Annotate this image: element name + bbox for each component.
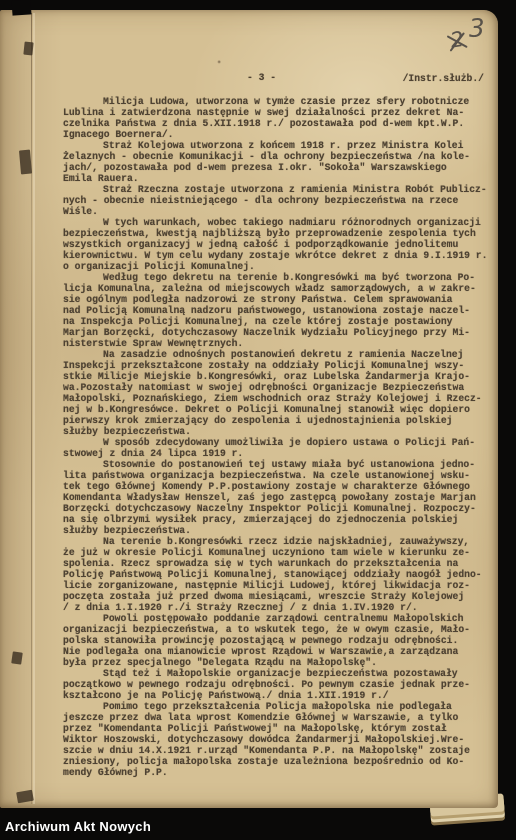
crossed-out-number: 2 [449, 29, 465, 52]
text-line: kierownictwu. W tym celu wydany zostaje … [63, 250, 497, 261]
text-line: służby bezpieczeństwa. [63, 525, 497, 536]
text-line: nad Policją Komunalną nadzoru państwoweg… [63, 305, 497, 316]
text-line: W sposób zdecydowany umożliwiła je dopie… [63, 437, 497, 448]
text-line: Wiśle. [63, 206, 497, 217]
binding-mark [19, 150, 32, 175]
text-line: bezpieczeństwa, kwestją najbliższą było … [63, 228, 497, 239]
text-line: o organizacji Policji Komunalnej. [63, 261, 497, 272]
text-line: przez "Komendanta Policji Państwowej" na… [63, 723, 497, 734]
text-line: Emila Rauera. [63, 173, 497, 184]
text-line: stkie Milicje Miejskie b.Kongresówki, or… [63, 371, 497, 382]
text-line: tek tego Głównej Komendy P.P.postawiony … [63, 481, 497, 492]
document-page: - 3 - /Instr.służb./ 2 3 Milicja Ludowa,… [0, 10, 498, 808]
text-line: na Inspekcja Policji Komunalnej, na czel… [63, 316, 497, 327]
text-line: Marjan Borzęcki, dotychczasowy Naczelnik… [63, 327, 497, 338]
text-line: służby bezpieczeństwa. [63, 426, 497, 437]
text-line: nisterstwie Spraw Wewnętrznych. [63, 338, 497, 349]
text-line: była przez specjalnego "Delegata Rządu n… [63, 657, 497, 668]
text-line: poczęta została już przed dwoma miesiąca… [63, 591, 497, 602]
text-line: Żelaznych - obecnie Komunikacji - dla oc… [63, 151, 497, 162]
text-line: Powoli postępowało poddanie zarządowi ce… [63, 613, 497, 624]
text-line: Komendanta Władysław Henszel, zaś jego z… [63, 492, 497, 503]
text-line: Według tego dekretu na terenie b.Kongres… [63, 272, 497, 283]
text-line: początkowo w pewnego rodzaju odrębności.… [63, 679, 497, 690]
text-line: Lublina i zatwierdzona następnie w swej … [63, 107, 497, 118]
text-line: Stąd też i Małopolskie organizacje bezpi… [63, 668, 497, 679]
text-line: wa.Pozostały natomiast w swojej odrębnoś… [63, 382, 497, 393]
text-line: Borzęcki dotychczasowy Naczelny Inspekto… [63, 503, 497, 514]
archive-name-label: Archiwum Akt Nowych [5, 819, 151, 834]
text-line: Policję Państwową Policji Komunalnej, st… [63, 569, 497, 580]
text-line: Stosownie do postanowień tej ustawy miał… [63, 459, 497, 470]
text-line: mendy Głównej P.P. [63, 767, 497, 778]
text-line: Inspekcji przekształcone zostały na oddz… [63, 360, 497, 371]
text-line: Wiktor Hoszowski, dotychczasowy dowódca … [63, 734, 497, 745]
text-line: stwowej z dnia 24 lipca 1919 r. [63, 448, 497, 459]
text-line: Nie podlegała ona mianowicie wprost Rząd… [63, 646, 497, 657]
text-line: licja Komunalna, zależna od miejscowych … [63, 283, 497, 294]
text-line: zniesiony, policja małopolska zostaje uz… [63, 756, 497, 767]
text-line: Na terenie b.Kongresówki rzecz idzie naj… [63, 536, 497, 547]
text-line: polska stanowiła prowincję pozostającą w… [63, 635, 497, 646]
text-line: szcie w dniu 14.X.1921 r.urząd "Komendan… [63, 745, 497, 756]
document-body: Milicja Ludowa, utworzona w tymże czasie… [63, 96, 497, 778]
binding-mark [23, 42, 33, 56]
text-line: Straż Rzeczna zostaje utworzona z ramien… [63, 184, 497, 195]
doc-type-label: /Instr.służb./ [403, 73, 484, 84]
text-line: Ignacego Boernera/. [63, 129, 497, 140]
page-number: - 3 - [247, 72, 276, 83]
document-scan: - 3 - /Instr.służb./ 2 3 Milicja Ludowa,… [0, 0, 516, 840]
text-line: na się olbrzymi wysiłek pracy, zmierzają… [63, 514, 497, 525]
binding-fold-line [31, 13, 32, 804]
text-line: kształcono je na Policję Państwową./ dni… [63, 690, 497, 701]
text-line: jeszcze przez dwa lata wprost Komendzie … [63, 712, 497, 723]
text-line: / z dnia 1.I.1920 r./i Straży Rzecznej /… [63, 602, 497, 613]
binding-mark [11, 651, 23, 664]
scan-edge-notch [11, 0, 31, 16]
text-line: Straż Kolejowa utworzona z końcem 1918 r… [63, 140, 497, 151]
text-line: jach/, pozostawała pod d-wem prezesa I.o… [63, 162, 497, 173]
text-line: W tych warunkach, wobec takiego nadmiaru… [63, 217, 497, 228]
handwritten-page-number: 2 3 [448, 21, 488, 51]
text-line: Pomimo tego przekształcenia Policja mało… [63, 701, 497, 712]
text-line: Milicja Ludowa, utworzona w tymże czasie… [63, 96, 497, 107]
text-line: czelnika Państwa z dnia 5.XII.1918 r./ p… [63, 118, 497, 129]
text-line: nych - obecnie nieistniejącego - dla och… [63, 195, 497, 206]
text-line: spolenia. Rzecz sprowadza się w tych war… [63, 558, 497, 569]
text-line: organizacji bezpieczeństwa, a to wskutek… [63, 624, 497, 635]
text-line: lita państwowa organizacja bezpieczeństw… [63, 470, 497, 481]
text-line: licie zorganizowane, następnie Milicji L… [63, 580, 497, 591]
text-line: że już w okresie Policji Komunalnej uczy… [63, 547, 497, 558]
text-line: nej w b.Kongresówce. Dekret o Policji Ko… [63, 404, 497, 415]
text-line: sie ogólnym podległa nadzorowi ze strony… [63, 294, 497, 305]
text-line: Na zasadzie odnośnych postanowień dekret… [63, 349, 497, 360]
text-line: pierwszy krok zmierzający do zespolenia … [63, 415, 497, 426]
text-line: Małopolski, Poznańskiego, Ziem wschodnic… [63, 393, 497, 404]
corrected-number: 3 [469, 15, 486, 41]
binding-fold-highlight [33, 13, 35, 804]
text-line: wszystkich organizacyj w jedną całość i … [63, 239, 497, 250]
